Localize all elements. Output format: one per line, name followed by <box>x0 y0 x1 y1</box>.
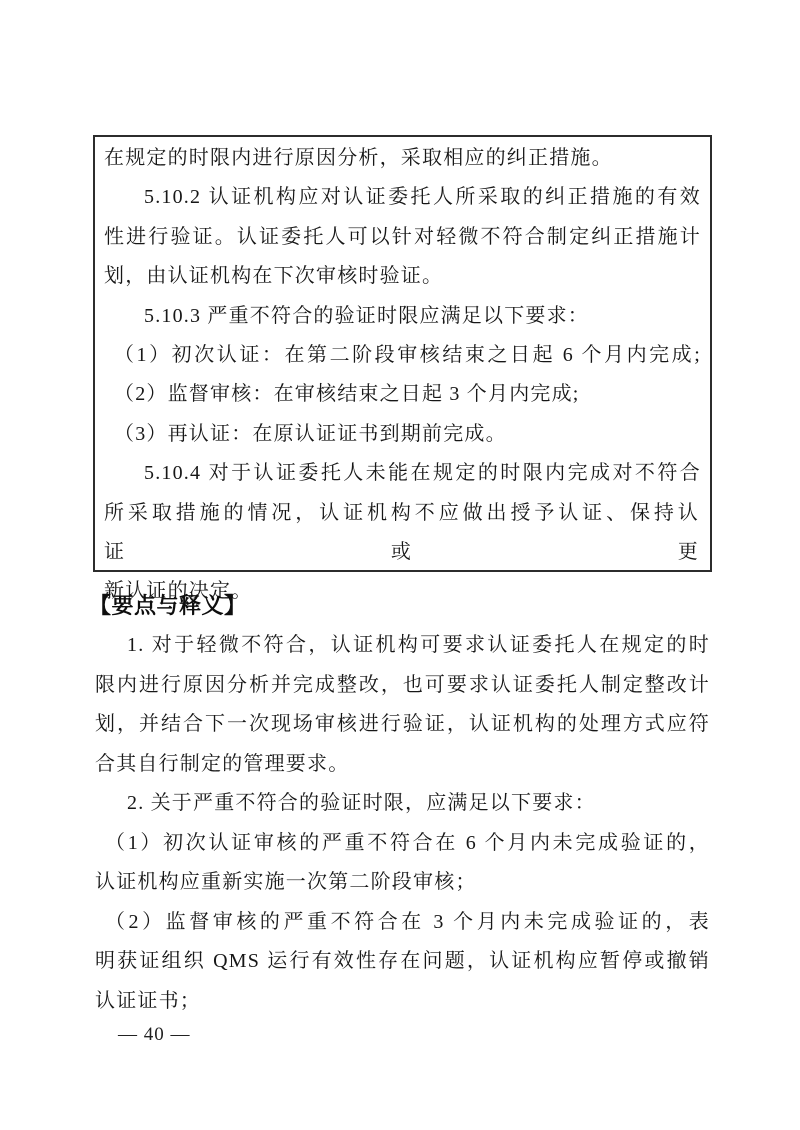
text-line: 5.10.2 认证机构应对认证委托人所采取的纠正措施的有效 <box>104 178 701 217</box>
text-line: 在规定的时限内进行原因分析，采取相应的纠正措施。 <box>104 139 701 178</box>
section-heading: 【要点与释义】 <box>89 586 710 626</box>
text-line: （1）初次认证审核的严重不符合在 6 个月内未完成验证的， <box>95 824 710 864</box>
text-line: 认证证书； <box>95 982 710 1022</box>
text-line: 限内进行原因分析并完成整改，也可要求认证委托人制定整改计 <box>95 666 710 706</box>
text-line: 划，由认证机构在下次审核时验证。 <box>104 257 701 296</box>
clause-box: 在规定的时限内进行原因分析，采取相应的纠正措施。 5.10.2 认证机构应对认证… <box>93 135 712 572</box>
text-line: 5.10.3 严重不符合的验证时限应满足以下要求： <box>104 297 701 336</box>
document-page: 在规定的时限内进行原因分析，采取相应的纠正措施。 5.10.2 认证机构应对认证… <box>0 0 800 1130</box>
text-line: 合其自行制定的管理要求。 <box>95 745 710 785</box>
text-line: 2. 关于严重不符合的验证时限，应满足以下要求： <box>95 784 710 824</box>
page-content: 在规定的时限内进行原因分析，采取相应的纠正措施。 5.10.2 认证机构应对认证… <box>95 135 710 1047</box>
text-line: （2）监督审核：在审核结束之日起 3 个月内完成; <box>104 375 701 414</box>
page-number: — 40 — <box>118 1023 710 1047</box>
text-line: 认证机构应重新实施一次第二阶段审核； <box>95 863 710 903</box>
text-line: （2）监督审核的严重不符合在 3 个月内未完成验证的，表 <box>95 903 710 943</box>
text-line: 性进行验证。认证委托人可以针对轻微不符合制定纠正措施计 <box>104 218 701 257</box>
text-line: 1. 对于轻微不符合，认证机构可要求认证委托人在规定的时 <box>95 626 710 666</box>
text-line: 所采取措施的情况，认证机构不应做出授予认证、保持认证或更 <box>104 494 701 573</box>
text-line: （1）初次认证：在第二阶段审核结束之日起 6 个月内完成; <box>104 336 701 375</box>
text-line: 5.10.4 对于认证委托人未能在规定的时限内完成对不符合 <box>104 454 701 493</box>
text-line: （3）再认证：在原认证证书到期前完成。 <box>104 415 701 454</box>
text-line: 划，并结合下一次现场审核进行验证，认证机构的处理方式应符 <box>95 705 710 745</box>
text-line: 明获证组织 QMS 运行有效性存在问题，认证机构应暂停或撤销 <box>95 942 710 982</box>
